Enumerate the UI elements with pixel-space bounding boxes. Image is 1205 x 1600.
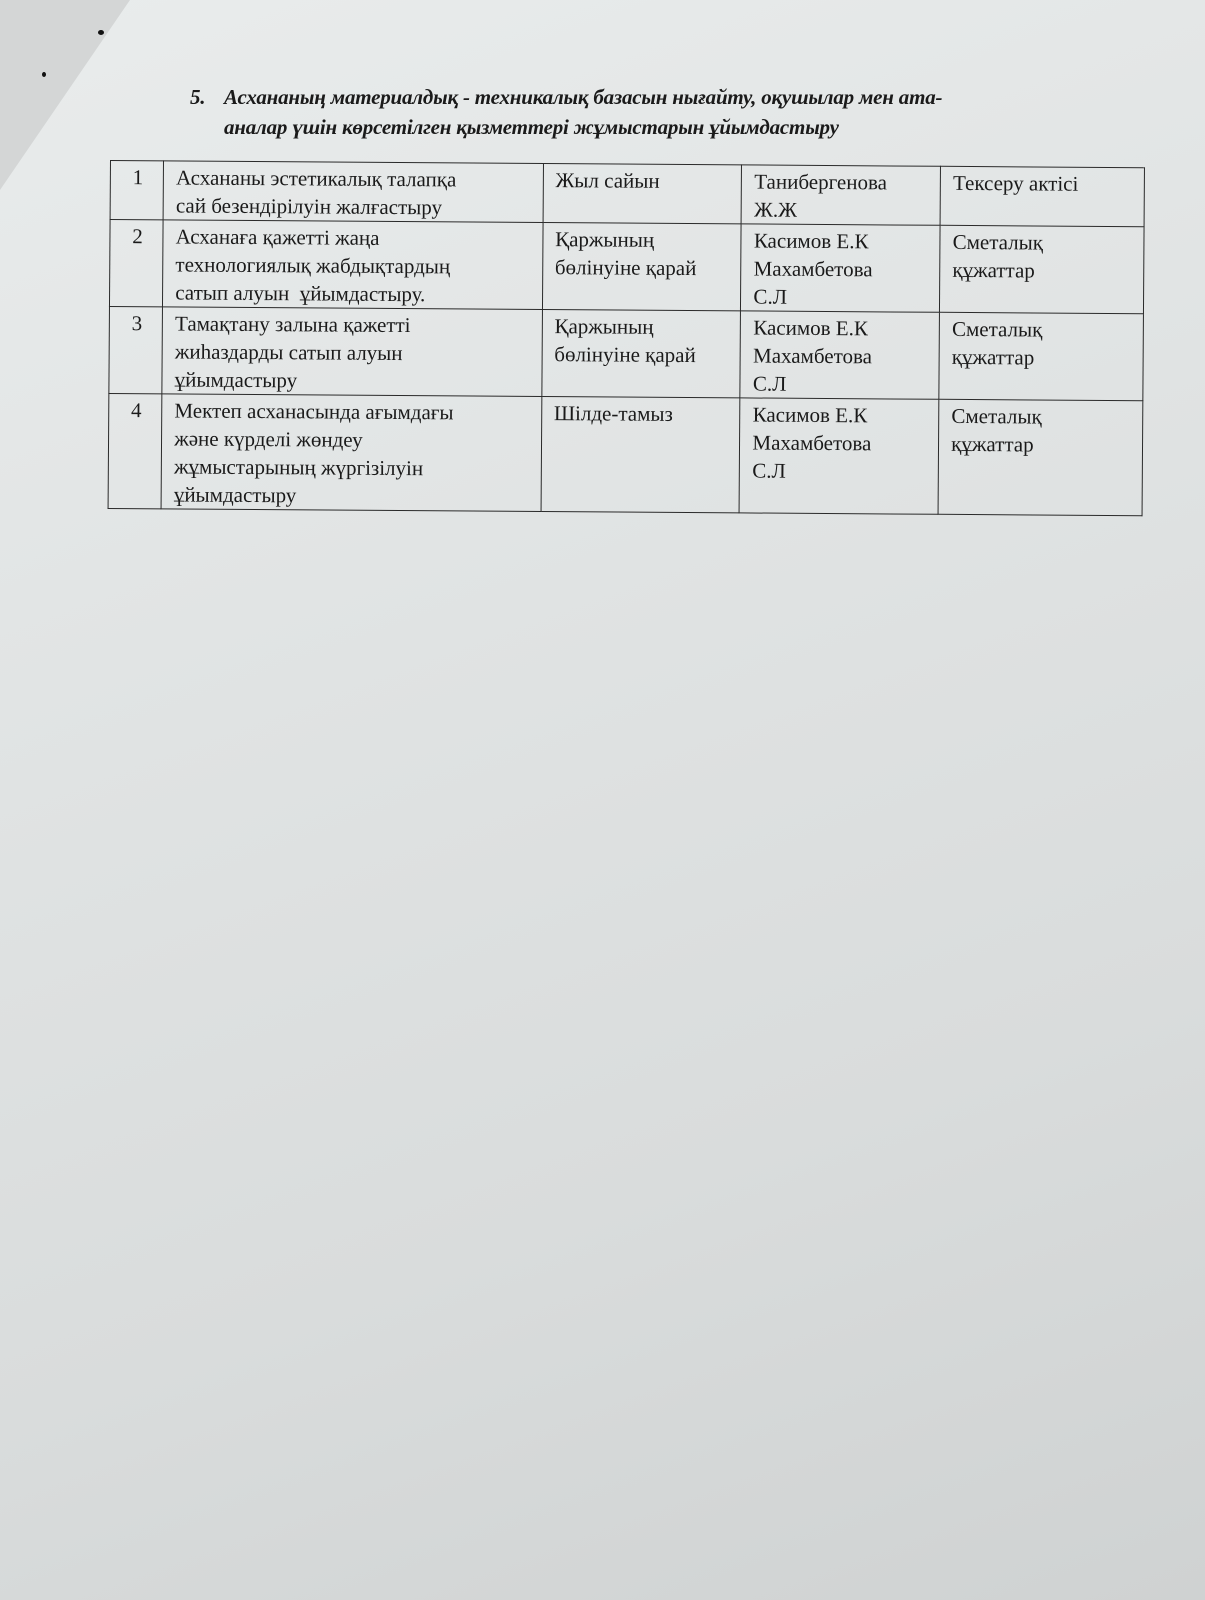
table-row: 2Асханаға қажетті жаңатехнологиялық жабд… bbox=[109, 220, 1144, 314]
deadline-cell-line: бөлінуіне қарай bbox=[554, 340, 730, 369]
responsible-cell-line: Махамбетова bbox=[752, 428, 928, 457]
task-cell-line: жиһаздарды сатып алуын bbox=[175, 337, 532, 367]
deadline-cell: Шілде-тамыз bbox=[541, 397, 741, 513]
task-cell: Асхананы эстетикалық талапқасай безендір… bbox=[163, 161, 543, 223]
task-cell-line: сай безендірілуін жалғастыру bbox=[176, 191, 533, 221]
document-cell-line: Сметалық bbox=[951, 402, 1132, 431]
document-cell-line: Сметалық bbox=[952, 315, 1133, 344]
responsible-cell: Касимов Е.КМахамбетоваС.Л bbox=[741, 224, 940, 312]
document-cell: Сметалыққұжаттар bbox=[938, 399, 1143, 515]
deadline-cell: Қаржыныңбөлінуіне қарай bbox=[542, 310, 741, 398]
task-cell: Тамақтану залына қажеттіжиһаздарды сатып… bbox=[162, 307, 542, 397]
deadline-cell-line: Жыл сайын bbox=[555, 166, 731, 195]
deadline-cell-line: Қаржының bbox=[555, 225, 731, 254]
document-cell: Сметалыққұжаттар bbox=[939, 312, 1143, 400]
task-cell-line: ұйымдастыру bbox=[175, 365, 532, 395]
row-number-cell: 4 bbox=[108, 393, 162, 508]
task-cell-line: Асханаға қажетті жаңа bbox=[176, 222, 533, 252]
responsible-cell-line: Махамбетова bbox=[754, 254, 930, 283]
row-number-cell: 3 bbox=[109, 306, 163, 393]
responsible-cell-line: Ж.Ж bbox=[754, 195, 930, 224]
responsible-cell-line: Касимов Е.К bbox=[754, 226, 930, 255]
row-number-cell-line: 2 bbox=[122, 222, 152, 250]
table-row: 1Асхананы эстетикалық талапқасай безенді… bbox=[110, 161, 1144, 227]
row-number-cell: 2 bbox=[109, 220, 163, 307]
table-row: 4Мектеп асханасында ағымдағыжәне күрделі… bbox=[108, 393, 1143, 515]
responsible-cell-line: Касимов Е.К bbox=[753, 400, 929, 429]
deadline-cell: Жыл сайын bbox=[543, 164, 742, 224]
section-title-line-1: Асхананың материалдық - техникалық базас… bbox=[224, 85, 942, 109]
paper-speck bbox=[98, 30, 104, 35]
document-cell-line: құжаттар bbox=[952, 343, 1133, 372]
action-plan-table: 1Асхананы эстетикалық талапқасай безенді… bbox=[108, 160, 1145, 516]
task-cell: Асханаға қажетті жаңатехнологиялық жабды… bbox=[163, 220, 543, 310]
section-title-line-2: аналар үшін көрсетілген қызметтері жұмыс… bbox=[190, 112, 1120, 142]
task-cell-line: ұйымдастыру bbox=[174, 480, 531, 510]
document-cell-line: құжаттар bbox=[952, 256, 1133, 285]
responsible-cell: ТанибергеноваЖ.Ж bbox=[741, 165, 940, 225]
responsible-cell-line: С.Л bbox=[753, 369, 929, 398]
row-number-cell: 1 bbox=[110, 161, 164, 220]
row-number-cell-line: 4 bbox=[121, 396, 151, 424]
task-cell-line: Мектеп асханасында ағымдағы bbox=[174, 396, 531, 426]
responsible-cell-line: С.Л bbox=[752, 456, 928, 485]
deadline-cell: Қаржыныңбөлінуіне қарай bbox=[542, 223, 741, 311]
responsible-cell: Касимов Е.КМахамбетоваС.Л bbox=[739, 398, 939, 514]
document-cell-line: Сметалық bbox=[953, 228, 1134, 257]
document-cell-line: құжаттар bbox=[951, 430, 1132, 459]
section-number: 5. bbox=[190, 82, 224, 112]
deadline-cell-line: Қаржының bbox=[554, 312, 730, 341]
responsible-cell-line: Касимов Е.К bbox=[753, 313, 929, 342]
task-cell-line: сатып алуын ұйымдастыру. bbox=[175, 278, 532, 308]
responsible-cell-line: Танибергенова bbox=[754, 167, 930, 196]
task-cell-line: технологиялық жабдықтардың bbox=[175, 250, 532, 280]
responsible-cell-line: С.Л bbox=[753, 282, 929, 311]
section-heading: 5.Асхананың материалдық - техникалық баз… bbox=[190, 82, 1120, 142]
task-cell-line: және күрделі жөндеу bbox=[174, 424, 531, 454]
task-cell-line: Асхананы эстетикалық талапқа bbox=[176, 163, 533, 193]
responsible-cell-line: Махамбетова bbox=[753, 341, 929, 370]
deadline-cell-line: бөлінуіне қарай bbox=[555, 253, 731, 282]
row-number-cell-line: 3 bbox=[122, 309, 152, 337]
task-cell-line: Тамақтану залына қажетті bbox=[175, 309, 532, 339]
deadline-cell-line: Шілде-тамыз bbox=[554, 399, 730, 428]
task-cell: Мектеп асханасында ағымдағыжәне күрделі … bbox=[161, 394, 541, 512]
row-number-cell-line: 1 bbox=[123, 163, 153, 191]
responsible-cell: Касимов Е.КМахамбетоваС.Л bbox=[740, 311, 939, 399]
table-row: 3Тамақтану залына қажеттіжиһаздарды саты… bbox=[109, 306, 1144, 400]
paper-speck bbox=[42, 72, 46, 77]
document-cell: Тексеру актісі bbox=[940, 166, 1144, 226]
document-cell: Сметалыққұжаттар bbox=[940, 225, 1144, 313]
task-cell-line: жұмыстарының жүргізілуін bbox=[174, 452, 531, 482]
document-cell-line: Тексеру актісі bbox=[953, 169, 1134, 198]
